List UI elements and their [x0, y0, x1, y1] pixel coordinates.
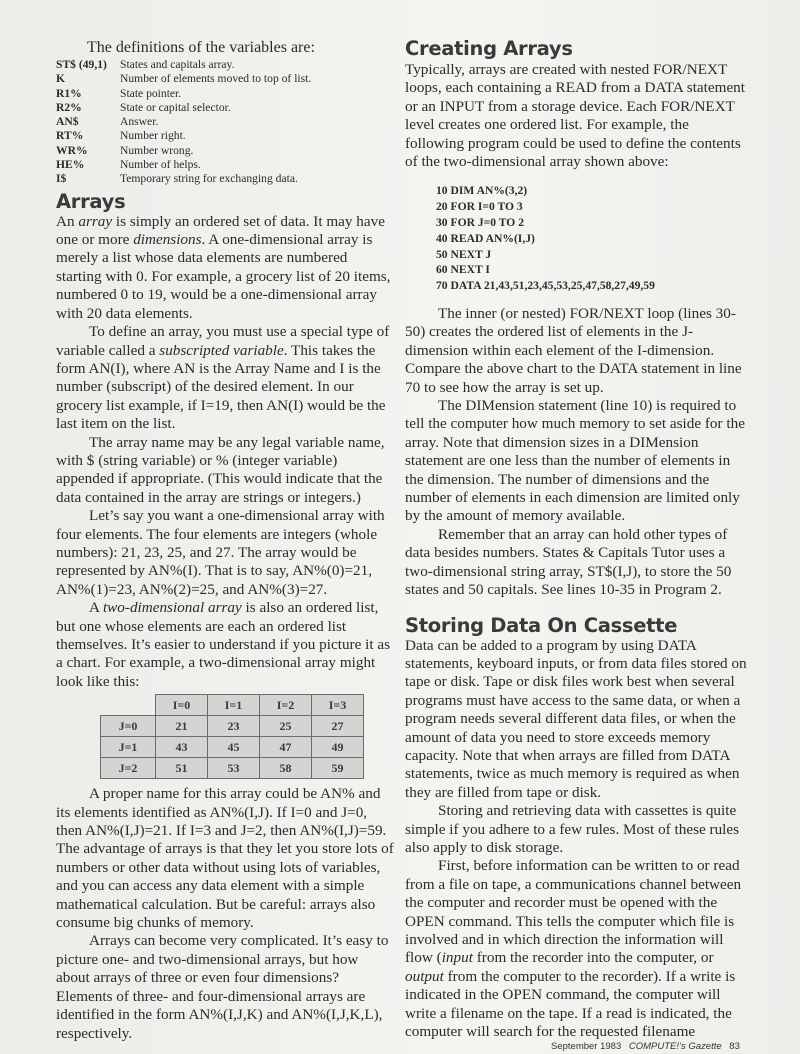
magazine-name: COMPUTE!’s Gazette: [629, 1041, 722, 1052]
creating-arrays-heading: Creating Arrays: [405, 38, 750, 60]
code-line: 20 FOR I=0 TO 3: [436, 199, 750, 215]
column-header: I=3: [312, 695, 364, 716]
definition-row: R1%State pointer.: [56, 87, 394, 101]
magazine-page: The definitions of the variables are: ST…: [0, 0, 800, 1054]
code-line: 50 NEXT J: [436, 247, 750, 263]
storing-data-heading: Storing Data On Cassette: [405, 615, 750, 637]
code-line: 40 READ AN%(I,J): [436, 231, 750, 247]
arrays-paragraph: A proper name for this array could be AN…: [56, 785, 394, 932]
column-header: I=0: [156, 695, 208, 716]
code-line: 70 DATA 21,43,51,23,45,53,25,47,58,27,49…: [436, 278, 750, 294]
row-header: J=0: [101, 716, 156, 737]
column-header: I=1: [208, 695, 260, 716]
table-row: J=2 51 53 58 59: [101, 758, 364, 779]
page-footer: September 1983 COMPUTE!’s Gazette 83: [551, 1041, 740, 1052]
definition-row: HE%Number of helps.: [56, 158, 394, 172]
left-column: The definitions of the variables are: ST…: [56, 38, 394, 1043]
row-header: J=2: [101, 758, 156, 779]
creating-paragraph: Typically, arrays are created with neste…: [405, 61, 750, 171]
creating-paragraph: The DIMension statement (line 10) is req…: [405, 397, 750, 526]
issue-date: September 1983: [551, 1041, 621, 1052]
storing-paragraph: First, before information can be written…: [405, 857, 750, 1041]
table-header-row: I=0 I=1 I=2 I=3: [101, 695, 364, 716]
arrays-paragraph: To define an array, you must use a speci…: [56, 323, 394, 433]
arrays-paragraph: Let’s say you want a one-dimensional arr…: [56, 507, 394, 599]
definition-row: AN$Answer.: [56, 115, 394, 129]
arrays-heading: Arrays: [56, 191, 394, 213]
table-row: J=0 21 23 25 27: [101, 716, 364, 737]
row-header: J=1: [101, 737, 156, 758]
page-number: 83: [729, 1041, 740, 1052]
basic-program-listing: 10 DIM AN%(3,2) 20 FOR I=0 TO 3 30 FOR J…: [436, 183, 750, 294]
arrays-paragraph: An array is simply an ordered set of dat…: [56, 213, 394, 323]
arrays-paragraph: The array name may be any legal variable…: [56, 434, 394, 508]
definitions-title: The definitions of the variables are:: [56, 38, 394, 57]
arrays-paragraph: A two-dimensional array is also an order…: [56, 599, 394, 691]
storing-paragraph: Storing and retrieving data with cassett…: [405, 802, 750, 857]
creating-paragraph: The inner (or nested) FOR/NEXT loop (lin…: [405, 305, 750, 397]
arrays-paragraph: Arrays can become very complicated. It’s…: [56, 932, 394, 1042]
right-column: Creating Arrays Typically, arrays are cr…: [405, 38, 750, 1041]
column-header: I=2: [260, 695, 312, 716]
creating-paragraph: Remember that an array can hold other ty…: [405, 526, 750, 600]
two-dimensional-array-table: I=0 I=1 I=2 I=3 J=0 21 23 25 27 J=1 43 4…: [100, 694, 364, 779]
variable-definitions: The definitions of the variables are: ST…: [56, 38, 394, 187]
table-row: J=1 43 45 47 49: [101, 737, 364, 758]
definition-row: I$Temporary string for exchanging data.: [56, 172, 394, 186]
definition-row: R2%State or capital selector.: [56, 101, 394, 115]
code-line: 60 NEXT I: [436, 262, 750, 278]
definition-row: WR%Number wrong.: [56, 144, 394, 158]
code-line: 30 FOR J=0 TO 2: [436, 215, 750, 231]
definition-row: KNumber of elements moved to top of list…: [56, 72, 394, 86]
definition-row: RT%Number right.: [56, 129, 394, 143]
code-line: 10 DIM AN%(3,2): [436, 183, 750, 199]
storing-paragraph: Data can be added to a program by using …: [405, 637, 750, 803]
definition-row: ST$ (49,1)States and capitals array.: [56, 58, 394, 72]
